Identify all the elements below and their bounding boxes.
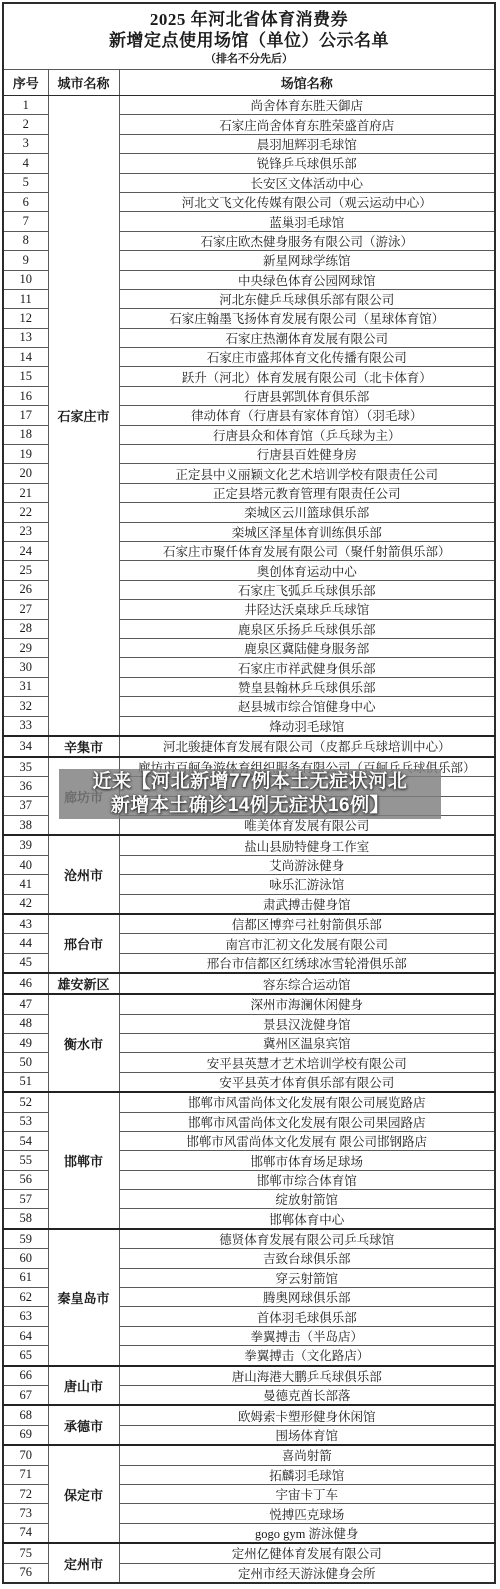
venue-name-cell: 曼德克酋长部落 [119, 1386, 495, 1406]
table-row: 39沧州市盐山县励特健身工作室 [3, 835, 495, 855]
venue-name-cell: 邯郸市风雷尚体文化发展有限公司展览路店 [119, 1092, 495, 1112]
row-index: 68 [3, 1405, 48, 1425]
venue-name-cell: 邯郸市风雷尚体文化发展有 限公司邯钢路店 [119, 1131, 495, 1150]
row-index: 47 [3, 994, 48, 1014]
row-index: 65 [3, 1346, 48, 1366]
table-title-block: 2025 年河北省体育消费券 新增定点使用场馆（单位）公示名单 （排名不分先后） [3, 3, 495, 70]
venue-name-cell: 栾城区泽星体育训练俱乐部 [119, 522, 495, 541]
venue-name-cell: 邯郸市体育场足球场 [119, 1151, 495, 1170]
venue-name-cell: 安平县英才体育俱乐部有限公司 [119, 1072, 495, 1092]
row-index: 43 [3, 914, 48, 934]
row-index: 26 [3, 580, 48, 599]
venue-name-cell: 喜尚射箭 [119, 1445, 495, 1465]
row-index: 38 [3, 816, 48, 836]
table-row: 34辛集市河北骏捷体育发展有限公司（皮都乒乓球培训中心） [3, 736, 495, 757]
city-name-cell: 沧州市 [48, 835, 119, 914]
city-name-cell: 雄安新区 [48, 973, 119, 994]
table-row: 52邯郸市邯郸市风雷尚体文化发展有限公司展览路店 [3, 1092, 495, 1112]
venue-name-cell: 尚舍体育东胜天御店 [119, 96, 495, 115]
row-index: 16 [3, 386, 48, 405]
table-row: 70保定市喜尚射箭 [3, 1445, 495, 1465]
row-index: 22 [3, 503, 48, 522]
row-index: 46 [3, 973, 48, 994]
row-index: 13 [3, 328, 48, 347]
venue-name-cell: 宇宙卡丁车 [119, 1484, 495, 1503]
venue-name-cell: 中央绿色体育公园网球馆 [119, 270, 495, 289]
venue-name-cell: 拓麟羽毛球馆 [119, 1465, 495, 1484]
city-name-cell: 承德市 [48, 1405, 119, 1445]
row-index: 35 [3, 757, 48, 777]
row-index: 63 [3, 1307, 48, 1326]
row-index: 53 [3, 1112, 48, 1131]
venue-name-cell: 石家庄热潮体育发展有限公司 [119, 328, 495, 347]
row-index: 17 [3, 406, 48, 425]
news-overlay: 近来【河北新增77例本土无症状河北 新增本土确诊14例无症状16例】 [59, 769, 441, 819]
venue-name-cell: 景县汉泷健身馆 [119, 1014, 495, 1033]
venue-name-cell: 石家庄飞弧乒乓球俱乐部 [119, 580, 495, 599]
row-index: 2 [3, 115, 48, 134]
venue-name-cell: 石家庄尚舍体育东胜荣盛首府店 [119, 115, 495, 134]
venue-name-cell: 正定县中义丽颖文化艺术培训学校有限责任公司 [119, 464, 495, 483]
venue-name-cell: 河北东健乒乓球俱乐部有限公司 [119, 289, 495, 308]
venue-name-cell: 蓝巢羽毛球馆 [119, 212, 495, 231]
city-name-cell: 邢台市 [48, 914, 119, 973]
venue-name-cell: 咏乐汇游泳馆 [119, 875, 495, 894]
row-index: 31 [3, 677, 48, 696]
venue-name-cell: 锐锋乒乓球俱乐部 [119, 154, 495, 173]
row-index: 67 [3, 1386, 48, 1406]
row-index: 58 [3, 1209, 48, 1229]
table-row: 75定州市定州亿健体育发展有限公司 [3, 1543, 495, 1563]
row-index: 59 [3, 1229, 48, 1249]
row-index: 41 [3, 875, 48, 894]
row-index: 49 [3, 1033, 48, 1052]
row-index: 14 [3, 348, 48, 367]
venue-name-cell: 晨羽旭辉羽毛球馆 [119, 134, 495, 153]
row-index: 18 [3, 425, 48, 444]
row-index: 34 [3, 736, 48, 757]
city-name-cell: 唐山市 [48, 1366, 119, 1406]
venue-name-cell: 腾奥网球俱乐部 [119, 1288, 495, 1307]
row-index: 57 [3, 1190, 48, 1209]
table-row: 47衡水市深州市海澜休闲健身 [3, 994, 495, 1014]
row-index: 11 [3, 289, 48, 308]
row-index: 62 [3, 1288, 48, 1307]
venue-name-cell: 悦搏匹克球场 [119, 1504, 495, 1523]
row-index: 73 [3, 1504, 48, 1523]
row-index: 23 [3, 522, 48, 541]
page-title-line2: 新增定点使用场馆（单位）公示名单 [4, 30, 494, 51]
venues-table-body: 1石家庄市尚舍体育东胜天御店2石家庄尚舍体育东胜荣盛首府店3晨羽旭辉羽毛球馆4锐… [3, 96, 495, 1583]
page-title-line1: 2025 年河北省体育消费券 [4, 9, 494, 30]
row-index: 72 [3, 1484, 48, 1503]
row-index: 44 [3, 934, 48, 953]
venue-name-cell: 定州亿健体育发展有限公司 [119, 1543, 495, 1563]
venue-name-cell: 邯郸市风雷尚体文化发展有限公司果园路店 [119, 1112, 495, 1131]
row-index: 29 [3, 638, 48, 657]
row-index: 21 [3, 483, 48, 502]
venue-name-cell: 首体羽毛球俱乐部 [119, 1307, 495, 1326]
table-row: 1石家庄市尚舍体育东胜天御店 [3, 96, 495, 115]
venue-name-cell: 河北文飞文化传媒有限公司（观云运动中心） [119, 192, 495, 211]
venue-name-cell: 石家庄市盛邦体育文化传播有限公司 [119, 348, 495, 367]
venue-name-cell: 鹿泉区乐扬乒乓球俱乐部 [119, 619, 495, 638]
venue-name-cell: 定州市经天游泳健身会所 [119, 1563, 495, 1583]
venue-name-cell: 吉致台球俱乐部 [119, 1249, 495, 1268]
venue-name-cell: 容东综合运动馆 [119, 973, 495, 994]
column-header-venue: 场馆名称 [119, 70, 495, 96]
venue-name-cell: 绽放射箭馆 [119, 1190, 495, 1209]
venue-name-cell: 井陉达沃桌球乒乓球馆 [119, 600, 495, 619]
row-index: 61 [3, 1268, 48, 1287]
row-index: 28 [3, 619, 48, 638]
row-index: 32 [3, 697, 48, 716]
venue-name-cell: 鹿泉区冀陆健身服务部 [119, 638, 495, 657]
row-index: 54 [3, 1131, 48, 1150]
venue-name-cell: 邯郸市综合体育馆 [119, 1170, 495, 1189]
venue-name-cell: 围场体育馆 [119, 1425, 495, 1445]
row-index: 55 [3, 1151, 48, 1170]
venue-name-cell: 石家庄市祥武健身俱乐部 [119, 658, 495, 677]
venue-name-cell: 邢台市信都区红绣球冰雪轮滑俱乐部 [119, 953, 495, 973]
row-index: 60 [3, 1249, 48, 1268]
venue-name-cell: 南宫市汇初文化发展有限公司 [119, 934, 495, 953]
venue-name-cell: 盐山县励特健身工作室 [119, 835, 495, 855]
row-index: 10 [3, 270, 48, 289]
venue-name-cell: 冀州区温泉宾馆 [119, 1033, 495, 1052]
public-notice-page: 2025 年河北省体育消费券 新增定点使用场馆（单位）公示名单 （排名不分先后）… [2, 2, 496, 1587]
venue-name-cell: 穿云射箭馆 [119, 1268, 495, 1287]
row-index: 15 [3, 367, 48, 386]
city-name-cell: 保定市 [48, 1445, 119, 1543]
row-index: 9 [3, 251, 48, 270]
venue-name-cell: 安平县英慧才艺术培训学校有限公司 [119, 1053, 495, 1072]
venue-name-cell: 跃升（河北）体育发展有限公司（北卡体育） [119, 367, 495, 386]
venue-name-cell: 赵县城市综合馆健身中心 [119, 697, 495, 716]
venue-name-cell: 行唐县众和体育馆（乒乓球为主） [119, 425, 495, 444]
row-index: 27 [3, 600, 48, 619]
venue-name-cell: 欧姆索卡塑形健身休闲馆 [119, 1405, 495, 1425]
venue-name-cell: 拳翼搏击（半岛店） [119, 1326, 495, 1345]
row-index: 76 [3, 1563, 48, 1583]
table-row: 66唐山市唐山海港大鹏乒乓球俱乐部 [3, 1366, 495, 1386]
row-index: 52 [3, 1092, 48, 1112]
row-index: 42 [3, 894, 48, 914]
row-index: 30 [3, 658, 48, 677]
city-name-cell: 衡水市 [48, 994, 119, 1092]
table-row: 59秦皇岛市德贤体育发展有限公司乒乓球馆 [3, 1229, 495, 1249]
row-index: 50 [3, 1053, 48, 1072]
venue-name-cell: 唐山海港大鹏乒乓球俱乐部 [119, 1366, 495, 1386]
table-row: 68承德市欧姆索卡塑形健身休闲馆 [3, 1405, 495, 1425]
row-index: 56 [3, 1170, 48, 1189]
column-header-city: 城市名称 [48, 70, 119, 96]
row-index: 7 [3, 212, 48, 231]
venue-name-cell: gogo gym 游泳健身 [119, 1523, 495, 1543]
venue-name-cell: 邯郸体育中心 [119, 1209, 495, 1229]
venue-name-cell: 正定县塔元教育管理有限责任公司 [119, 483, 495, 502]
venue-name-cell: 行唐县郭凯体育俱乐部 [119, 386, 495, 405]
venue-name-cell: 律动体育（行唐县有家体育馆）（羽毛球） [119, 406, 495, 425]
row-index: 64 [3, 1326, 48, 1345]
city-name-cell: 定州市 [48, 1543, 119, 1583]
row-index: 3 [3, 134, 48, 153]
city-name-cell: 辛集市 [48, 736, 119, 757]
venue-name-cell: 烽动羽毛球馆 [119, 716, 495, 736]
venue-name-cell: 艾尚游泳健身 [119, 855, 495, 874]
city-name-cell: 秦皇岛市 [48, 1229, 119, 1366]
row-index: 5 [3, 173, 48, 192]
venue-name-cell: 奥创体育运动中心 [119, 561, 495, 580]
row-index: 51 [3, 1072, 48, 1092]
news-overlay-line1: 近来【河北新增77例本土无症状河北 [93, 770, 408, 794]
row-index: 4 [3, 154, 48, 173]
city-name-cell: 邯郸市 [48, 1092, 119, 1229]
row-index: 6 [3, 192, 48, 211]
row-index: 39 [3, 835, 48, 855]
title-row: 2025 年河北省体育消费券 新增定点使用场馆（单位）公示名单 （排名不分先后） [3, 3, 495, 70]
row-index: 24 [3, 541, 48, 560]
venue-name-cell: 石家庄欧杰健身服务有限公司（游泳） [119, 231, 495, 250]
venue-name-cell: 肃武搏击健身馆 [119, 894, 495, 914]
row-index: 75 [3, 1543, 48, 1563]
row-index: 19 [3, 445, 48, 464]
venue-name-cell: 拳翼搏击（文化路店） [119, 1346, 495, 1366]
venue-name-cell: 石家庄翰墨飞扬体育发展有限公司（星球体育馆） [119, 309, 495, 328]
row-index: 48 [3, 1014, 48, 1033]
row-index: 36 [3, 777, 48, 796]
venue-name-cell: 赞皇县翰林乒乓球俱乐部 [119, 677, 495, 696]
row-index: 45 [3, 953, 48, 973]
row-index: 12 [3, 309, 48, 328]
venue-name-cell: 栾城区云川篮球俱乐部 [119, 503, 495, 522]
row-index: 70 [3, 1445, 48, 1465]
venue-name-cell: 深州市海澜休闲健身 [119, 994, 495, 1014]
venue-name-cell: 河北骏捷体育发展有限公司（皮都乒乓球培训中心） [119, 736, 495, 757]
table-row: 43邢台市信都区博弈弓社射箭俱乐部 [3, 914, 495, 934]
row-index: 66 [3, 1366, 48, 1386]
row-index: 20 [3, 464, 48, 483]
city-name-cell: 石家庄市 [48, 96, 119, 736]
venue-name-cell: 石家庄市聚仟体育发展有限公司（聚仟射箭俱乐部） [119, 541, 495, 560]
row-index: 69 [3, 1425, 48, 1445]
news-overlay-line2: 新增本土确诊14例无症状16例】 [111, 794, 389, 818]
venue-name-cell: 德贤体育发展有限公司乒乓球馆 [119, 1229, 495, 1249]
venue-name-cell: 新星网球学练馆 [119, 251, 495, 270]
row-index: 8 [3, 231, 48, 250]
row-index: 74 [3, 1523, 48, 1543]
row-index: 37 [3, 796, 48, 815]
table-row: 46雄安新区容东综合运动馆 [3, 973, 495, 994]
venue-name-cell: 长安区文体活动中心 [119, 173, 495, 192]
row-index: 71 [3, 1465, 48, 1484]
venue-name-cell: 行唐县百姓健身房 [119, 445, 495, 464]
row-index: 40 [3, 855, 48, 874]
row-index: 1 [3, 96, 48, 115]
page-subtitle: （排名不分先后） [4, 52, 494, 66]
column-header-index: 序号 [3, 70, 48, 96]
column-header-row: 序号 城市名称 场馆名称 [3, 70, 495, 96]
venue-name-cell: 信都区博弈弓社射箭俱乐部 [119, 914, 495, 934]
row-index: 25 [3, 561, 48, 580]
row-index: 33 [3, 716, 48, 736]
